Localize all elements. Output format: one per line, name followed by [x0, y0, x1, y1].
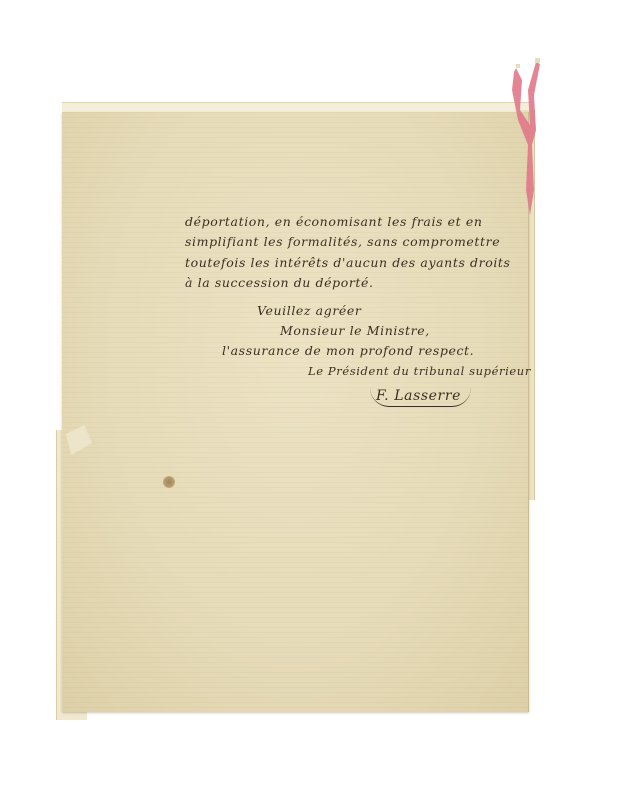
closing-line: l'assurance de mon profond respect. [222, 343, 474, 358]
signature-title: Le Président du tribunal supérieur [308, 364, 531, 378]
pink-ribbon-icon [508, 50, 548, 220]
closing-line: Veuillez agréer [257, 303, 361, 318]
signature-name: F. Lasserre [370, 388, 471, 407]
body-line: simplifiant les formalités, sans comprom… [185, 234, 500, 249]
body-line: déportation, en économisant les frais et… [185, 214, 482, 229]
closing-line: Monsieur le Ministre, [280, 323, 430, 338]
foxing-stain [163, 476, 175, 488]
body-line: à la succession du déporté. [185, 275, 374, 290]
body-line: toutefois les intérêts d'aucun des ayant… [185, 255, 511, 270]
letter-page [62, 112, 529, 712]
